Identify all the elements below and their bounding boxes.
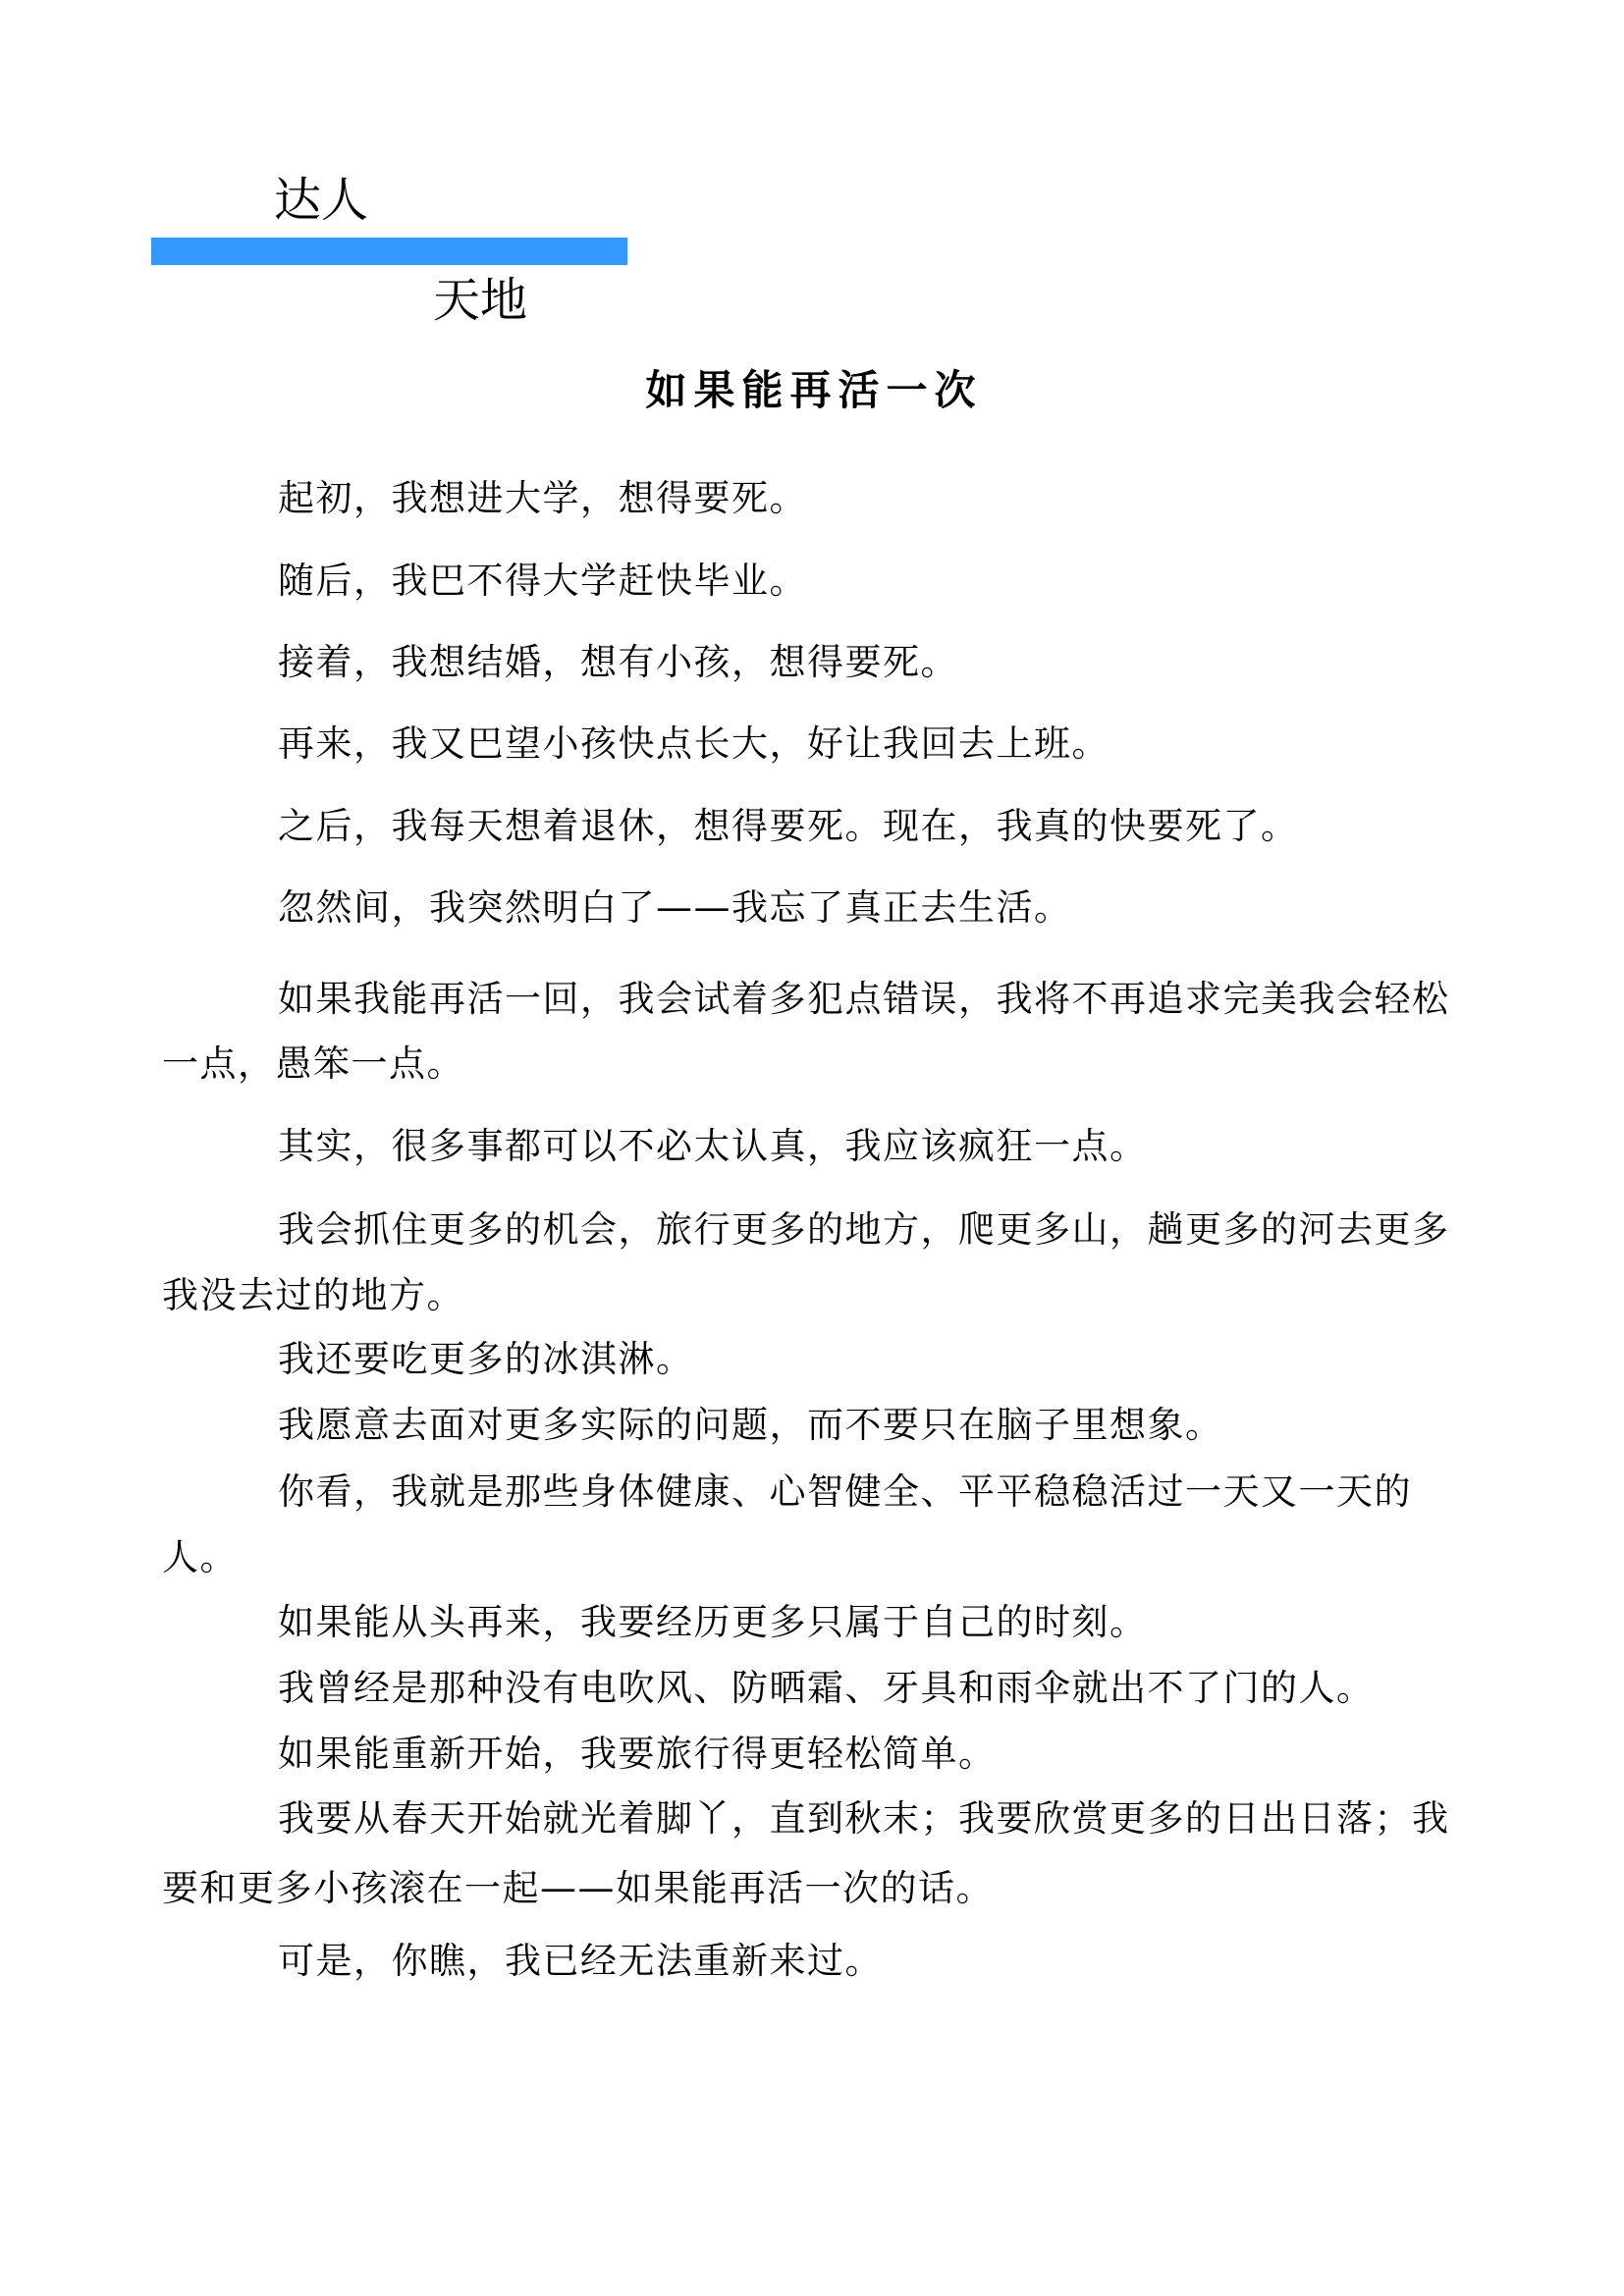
- text-line: 其实，很多事都可以不必太认真，我应该疯狂一点。: [278, 1125, 1148, 1168]
- text-line: 再来，我又巴望小孩快点长大，好让我回去上班。: [278, 722, 1110, 766]
- article-title: 如果能再活一次: [0, 365, 1624, 416]
- text-line: 我愿意去面对更多实际的问题，而不要只在脑子里想象。: [278, 1404, 1223, 1447]
- text-line: 我要从春天开始就光着脚丫，直到秋末；我要欣赏更多的日出日落；我: [278, 1797, 1450, 1841]
- text-line: 之后，我每天想着退休，想得要死。现在，我真的快要死了。: [278, 805, 1299, 848]
- document-page: 达人 天地 如果能再活一次 起初，我想进大学，想得要死。 随后，我巴不得大学赶快…: [0, 0, 1624, 2296]
- text-line: 起初，我想进大学，想得要死。: [278, 477, 807, 520]
- text-line: 我没去过的地方。: [162, 1274, 464, 1317]
- brand-title-top: 达人: [274, 171, 368, 230]
- text-line: 随后，我巴不得大学赶快毕业。: [278, 560, 807, 603]
- text-line: 你看，我就是那些身体健康、心智健全、平平稳稳活过一天又一天的: [278, 1470, 1412, 1514]
- text-line: 我会抓住更多的机会，旅行更多的地方，爬更多山，趟更多的河去更多: [278, 1208, 1450, 1252]
- text-line: 接着，我想结婚，想有小孩，想得要死。: [278, 641, 958, 684]
- text-line: 如果能重新开始，我要旅行得更轻松简单。: [278, 1733, 997, 1776]
- text-line: 忽然间，我突然明白了——我忘了真正去生活。: [278, 886, 1072, 930]
- text-line: 可是，你瞧，我已经无法重新来过。: [278, 1940, 883, 1983]
- text-line: 我曾经是那种没有电吹风、防晒霜、牙具和雨伞就出不了门的人。: [278, 1667, 1375, 1710]
- text-line: 如果我能再活一回，我会试着多犯点错误，我将不再追求完美我会轻松: [278, 978, 1450, 1021]
- text-line: 一点，愚笨一点。: [162, 1042, 464, 1086]
- text-line: 人。: [162, 1536, 238, 1579]
- text-line: 如果能从头再来，我要经历更多只属于自己的时刻。: [278, 1601, 1148, 1644]
- brand-title-bottom: 天地: [433, 271, 527, 330]
- article-title-text: 如果能再活一次: [645, 366, 982, 414]
- text-line: 我还要吃更多的冰淇淋。: [278, 1338, 694, 1381]
- text-line: 要和更多小孩滚在一起——如果能再活一次的话。: [162, 1867, 994, 1910]
- brand-divider-bar: [151, 238, 627, 265]
